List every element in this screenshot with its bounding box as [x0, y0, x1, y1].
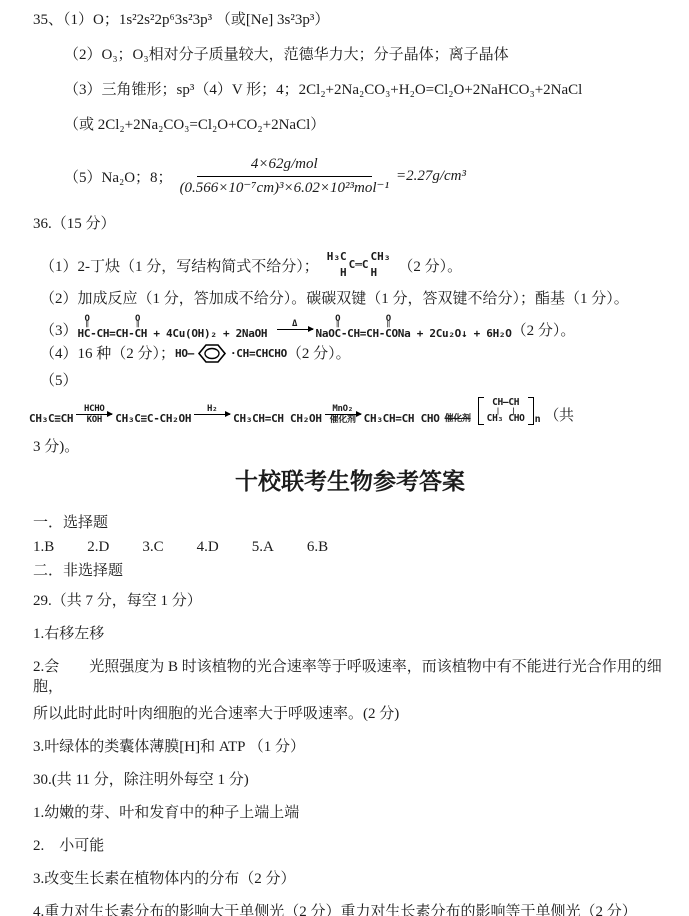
bio-section-1-heading: 一．选择题 [33, 513, 667, 533]
arrow-shaft [194, 414, 230, 415]
chain-mid: -CH=CH- [90, 327, 134, 340]
answer-4-text: （4）16 种（2 分）； [40, 344, 175, 364]
struct-top-left: H₃C [327, 251, 347, 263]
chem-35-answer-5: （5）Na₂O；8； 4×62g/mol (0.566×10⁻⁷cm)³×6.0… [33, 150, 667, 202]
bio-q30-answer-2: 2. 小可能 [33, 836, 667, 856]
reagents: + 4Cu(OH)₂ + 2NaOH [147, 327, 273, 340]
scheme-score-continuation: 3 分)。 [33, 437, 667, 457]
bio-section-2-heading: 二．非选择题 [33, 561, 667, 581]
chain-mid: -CH=CH- [341, 327, 385, 340]
phenol-prefix: HO— [175, 344, 194, 364]
polymer-bracket-right [528, 397, 534, 425]
bio-q29-answer-3: 3.叶绿体的类囊体薄膜[H]和 ATP （1 分） [33, 737, 667, 757]
mc-answer: 5.A [252, 537, 274, 557]
bio-q29-answer-2-line-2: 所以此时此时叶肉细胞的光合速率大于呼吸速率。(2 分) [33, 704, 667, 724]
mc-answer: 1.B [33, 537, 54, 557]
mc-answer: 6.B [307, 537, 328, 557]
arrow-shaft [277, 329, 313, 330]
fraction-denominator: (0.566×10⁻⁷cm)³×6.02×10²³mol⁻¹ [180, 177, 389, 197]
struct-top-right: CH₃ [371, 251, 391, 263]
answer-3-label: （3） [40, 319, 78, 340]
answer-4-score: （2 分）。 [287, 344, 351, 364]
struct-bottom-right: H [371, 267, 378, 279]
arrow-shaft [325, 414, 361, 415]
answer-key-document: 35、（1）O；1s²2s²2p⁶3s²3p³ （或[Ne] 3s²3p³） （… [0, 0, 689, 916]
bio-q29-answer-1: 1.右移左移 [33, 624, 667, 644]
polymer-substituents: CH₃ CHO [487, 414, 525, 424]
catalyst-arrow-label: 催化剂 [445, 414, 471, 425]
scheme-tail: （共 [544, 404, 573, 425]
density-result: =2.27g/cm³ [396, 168, 466, 185]
chem-35-answer-4-alt: （或 2Cl₂+2Na₂CO₃=Cl₂O+CO₂+2NaCl） [33, 115, 667, 135]
scheme-butynol: CH₃C≡C-CH₂OH [115, 412, 191, 425]
mc-answer: 2.D [87, 537, 109, 557]
struct-double-bond: C═C [349, 259, 369, 271]
mc-answer: 4.D [197, 537, 219, 557]
bio-q29-heading: 29.（共 7 分，每空 1 分） [33, 591, 667, 611]
h2-arrow: H₂ [194, 404, 230, 425]
mno2-catalyst-arrow: MnO₂ 催化剂 [325, 404, 361, 425]
scheme-butenol: CH₃CH=CH CH₂OH [233, 412, 322, 425]
answer-5-prefix: （5）Na₂O；8； [64, 166, 173, 187]
side-chain: ·CH=CHCHO [230, 344, 287, 364]
answer-3-score: （2 分）。 [512, 319, 576, 340]
bio-q30-answer-1: 1.幼嫩的芽、叶和发育中的种子上端上端 [33, 803, 667, 823]
benzene-ring-icon [196, 342, 228, 365]
product-suffix: ONa + 2Cu₂O↓ + 6H₂O [391, 327, 511, 340]
chem-36-answer-2: （2）加成反应（1 分，答加成不给分）。碳碳双键（1 分，答双键不给分）；酯基（… [33, 289, 667, 309]
chem-36-answer-3-equation: （3） H O ‖ C -CH=CH- O ‖ C H + 4Cu(OH)₂ +… [33, 315, 667, 340]
answer-1-score: （2 分）。 [398, 255, 462, 276]
product-prefix: NaO [316, 327, 335, 340]
density-fraction: 4×62g/mol (0.566×10⁻⁷cm)³×6.02×10²³mol⁻¹ [180, 156, 389, 197]
chem-36-answer-4: （4）16 种（2 分）； HO— ·CH=CHCHO （2 分）。 [33, 342, 667, 365]
fraction-numerator: 4×62g/mol [197, 156, 372, 177]
chem-35-answer-2: （2）O₃；O₃相对分子质量较大，范德华力大；分子晶体；离子晶体 [33, 45, 667, 65]
arrow-shaft [76, 414, 112, 415]
bio-multiple-choice-answers: 1.B 2.D 3.C 4.D 5.A 6.B [33, 537, 667, 557]
chem-36-heading: 36.（15 分） [33, 214, 667, 234]
delta-arrow: Δ [277, 319, 313, 340]
chem-35-answer-3-4: （3）三角锥形；sp³（4）V 形；4；2Cl₂+2Na₂CO₃+H₂O=Cl₂… [33, 80, 667, 100]
biology-section-title: 十校联考生物参考答案 [33, 467, 667, 497]
polymer-structure: CH—CH | | CH₃ CHO n [478, 397, 543, 425]
chem-36-answer-5-label: （5） [33, 371, 667, 391]
polymer-subscript-n: n [535, 414, 541, 425]
bio-q30-heading: 30.(共 11 分，除注明外每空 1 分) [33, 770, 667, 790]
chem-35-answer-1: 35、（1）O；1s²2s²2p⁶3s²3p³ （或[Ne] 3s²3p³） [33, 10, 667, 30]
chem-36-answer-5-scheme: CH₃C≡CH HCHO KOH CH₃C≡C-CH₂OH H₂ CH₃CH=C… [29, 397, 667, 425]
scheme-butenal: CH₃CH=CH CHO [364, 412, 440, 425]
bio-q29-answer-2-line-1: 2.会 光照强度为 B 时该植物的光合速率等于呼吸速率，而该植物中有不能进行光合… [33, 657, 667, 697]
mc-answer: 3.C [142, 537, 163, 557]
answer-1-text: （1）2-丁炔（1 分，写结构简式不给分）； [40, 255, 319, 276]
struct-bottom-left: H [340, 267, 347, 279]
hcho-koh-arrow: HCHO KOH [76, 404, 112, 425]
cis-2-butene-structure: H₃C H C═C CH₃ H [327, 251, 391, 279]
chem-36-answer-1: （1）2-丁炔（1 分，写结构简式不给分）； H₃C H C═C CH₃ H （… [33, 246, 667, 284]
bio-q30-answer-3: 3.改变生长素在植物体内的分布（2 分） [33, 869, 667, 889]
bio-q30-answer-4: 4.重力对生长素分布的影响大于单侧光（2 分）重力对生长素分布的影响等于单侧光（… [33, 902, 667, 916]
scheme-propyne: CH₃C≡CH [29, 412, 73, 425]
